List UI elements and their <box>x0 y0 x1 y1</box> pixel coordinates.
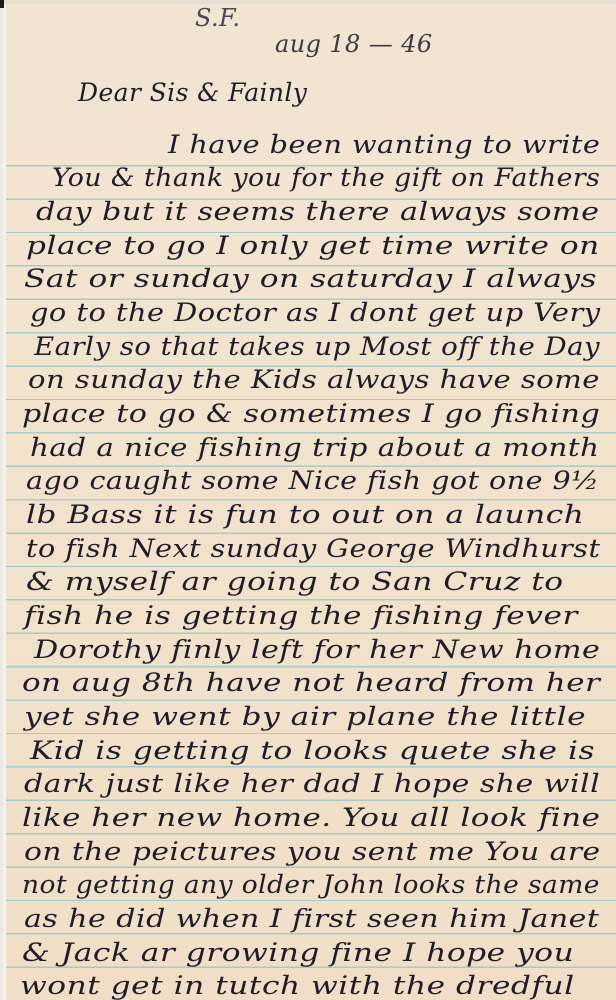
scan-corner <box>0 0 4 8</box>
letter-line: dark just like her dad I hope she will <box>24 769 600 798</box>
letter-line: lb Bass it is fun to out on a launch <box>26 500 584 529</box>
letter-line: had a nice fishing trip about a month <box>30 433 600 462</box>
letter-line: ago caught some Nice fish got one 9½ <box>26 466 599 495</box>
letter-salutation: Dear Sis & Fainly <box>78 78 307 107</box>
paper-left-edge <box>0 0 6 1000</box>
letter-place: S.F. <box>195 4 240 32</box>
letter-line: as he did when I first seen him Janet <box>24 904 599 933</box>
letter-line: fish he is getting the fishing fever <box>24 601 578 630</box>
letter-line: You & thank you for the gift on Fathers <box>52 163 600 192</box>
letter-line: place to go I only get time write on <box>26 231 600 260</box>
letter-line: on aug 8th have not heard from her <box>22 668 600 697</box>
letter-line: on sunday the Kids always have some <box>28 365 600 394</box>
letter-line: Sat or sunday on saturday I always <box>24 264 597 293</box>
letter-line: Kid is getting to looks quete she is <box>30 736 595 765</box>
paper-top-edge <box>0 0 616 4</box>
letter-line: not getting any older John looks the sam… <box>22 870 600 899</box>
letter-line: on the peictures you sent me You are <box>24 837 601 866</box>
letter-date: aug 18 — 46 <box>275 30 433 58</box>
letter-line: & Jack ar growing fine I hope you <box>22 938 574 967</box>
letter-line: Dorothy finly left for her New home <box>34 635 600 664</box>
letter-line: yet she went by air plane the little <box>24 702 586 731</box>
letter-line: to fish Next sunday George Windhurst <box>26 534 600 563</box>
letter-line: wont get in tutch with the dredful <box>20 971 575 1000</box>
letter-line: go to the Doctor as I dont get up Very <box>30 298 600 327</box>
letter-line: like her new home. You all look fine <box>22 803 600 832</box>
letter-line: I have been wanting to write <box>168 130 600 159</box>
letter-line: Early so that takes up Most off the Day <box>34 332 600 361</box>
letter-line: day but it seems there always some <box>36 197 599 226</box>
letter-line: place to go & sometimes I go fishing <box>22 399 600 428</box>
letter-line: & myself ar going to San Cruz to <box>26 567 564 596</box>
